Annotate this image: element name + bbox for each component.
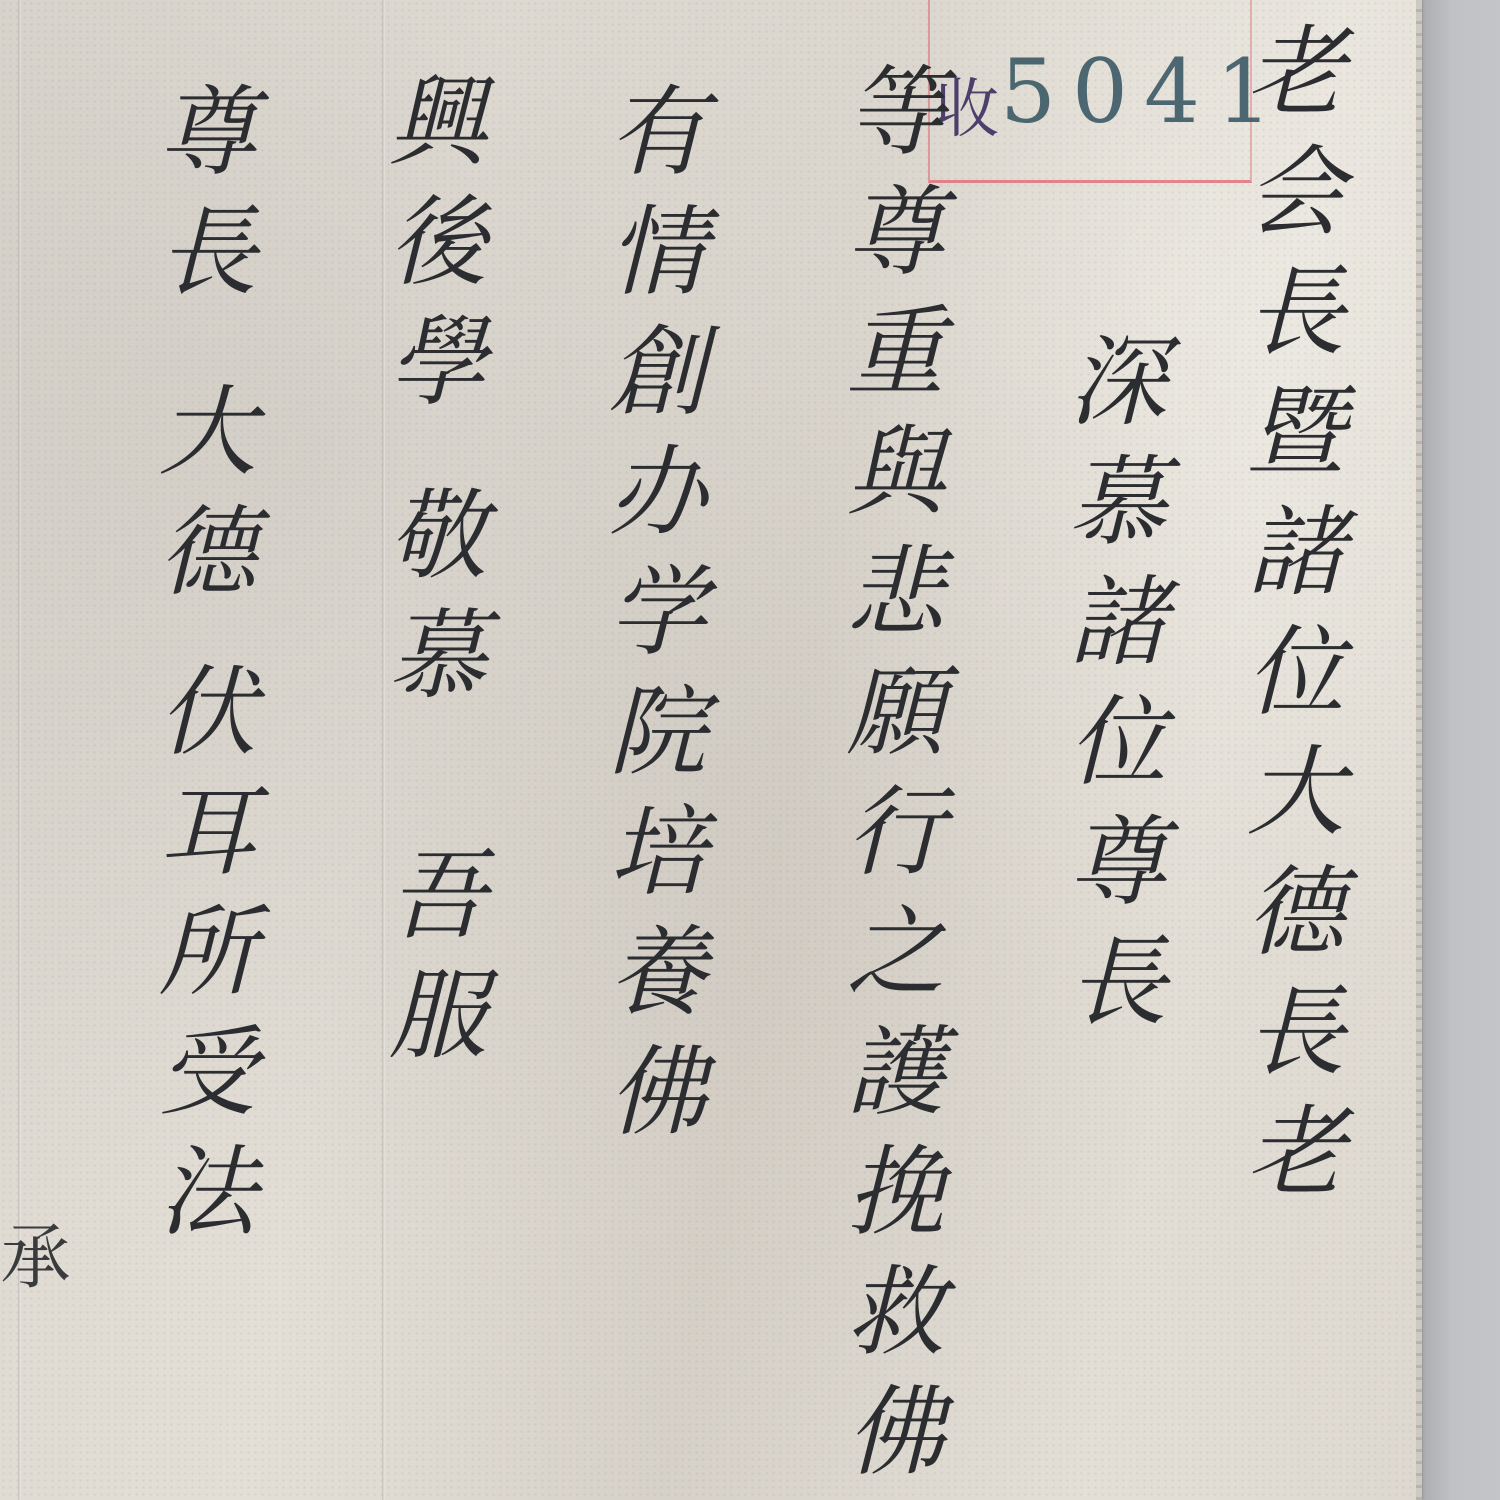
column-6-bottom: 伏耳所受法	[142, 660, 256, 1260]
text-column-5: 興後學 敬慕吾服	[380, 70, 478, 1083]
text-column-3: 等尊重與悲願行之護挽救佛	[838, 60, 936, 1500]
received-mark: 收	[935, 58, 999, 150]
column-5-top: 興後學 敬慕	[372, 70, 486, 723]
text-column-4: 有情創办学院培養佛	[600, 80, 698, 1160]
column-6-top: 尊長	[142, 80, 256, 320]
left-margin-fragment: 承	[0, 1220, 81, 1290]
text-column-1: 老会長暨諸位大德長老	[1238, 20, 1336, 1220]
letter-paper: 收 5041 老会長暨諸位大德長老 深慕諸位尊長 等尊重與悲願行之護挽救佛 有情…	[0, 0, 1420, 1500]
column-6-mid: 大德	[142, 380, 256, 620]
backdrop-surface	[1420, 0, 1500, 1500]
text-column-6: 尊長大德伏耳所受法	[150, 80, 248, 1260]
text-column-2: 深慕諸位尊長	[1060, 330, 1158, 1050]
torn-paper-edge	[1416, 0, 1422, 1500]
column-5-bottom: 吾服	[372, 843, 486, 1083]
